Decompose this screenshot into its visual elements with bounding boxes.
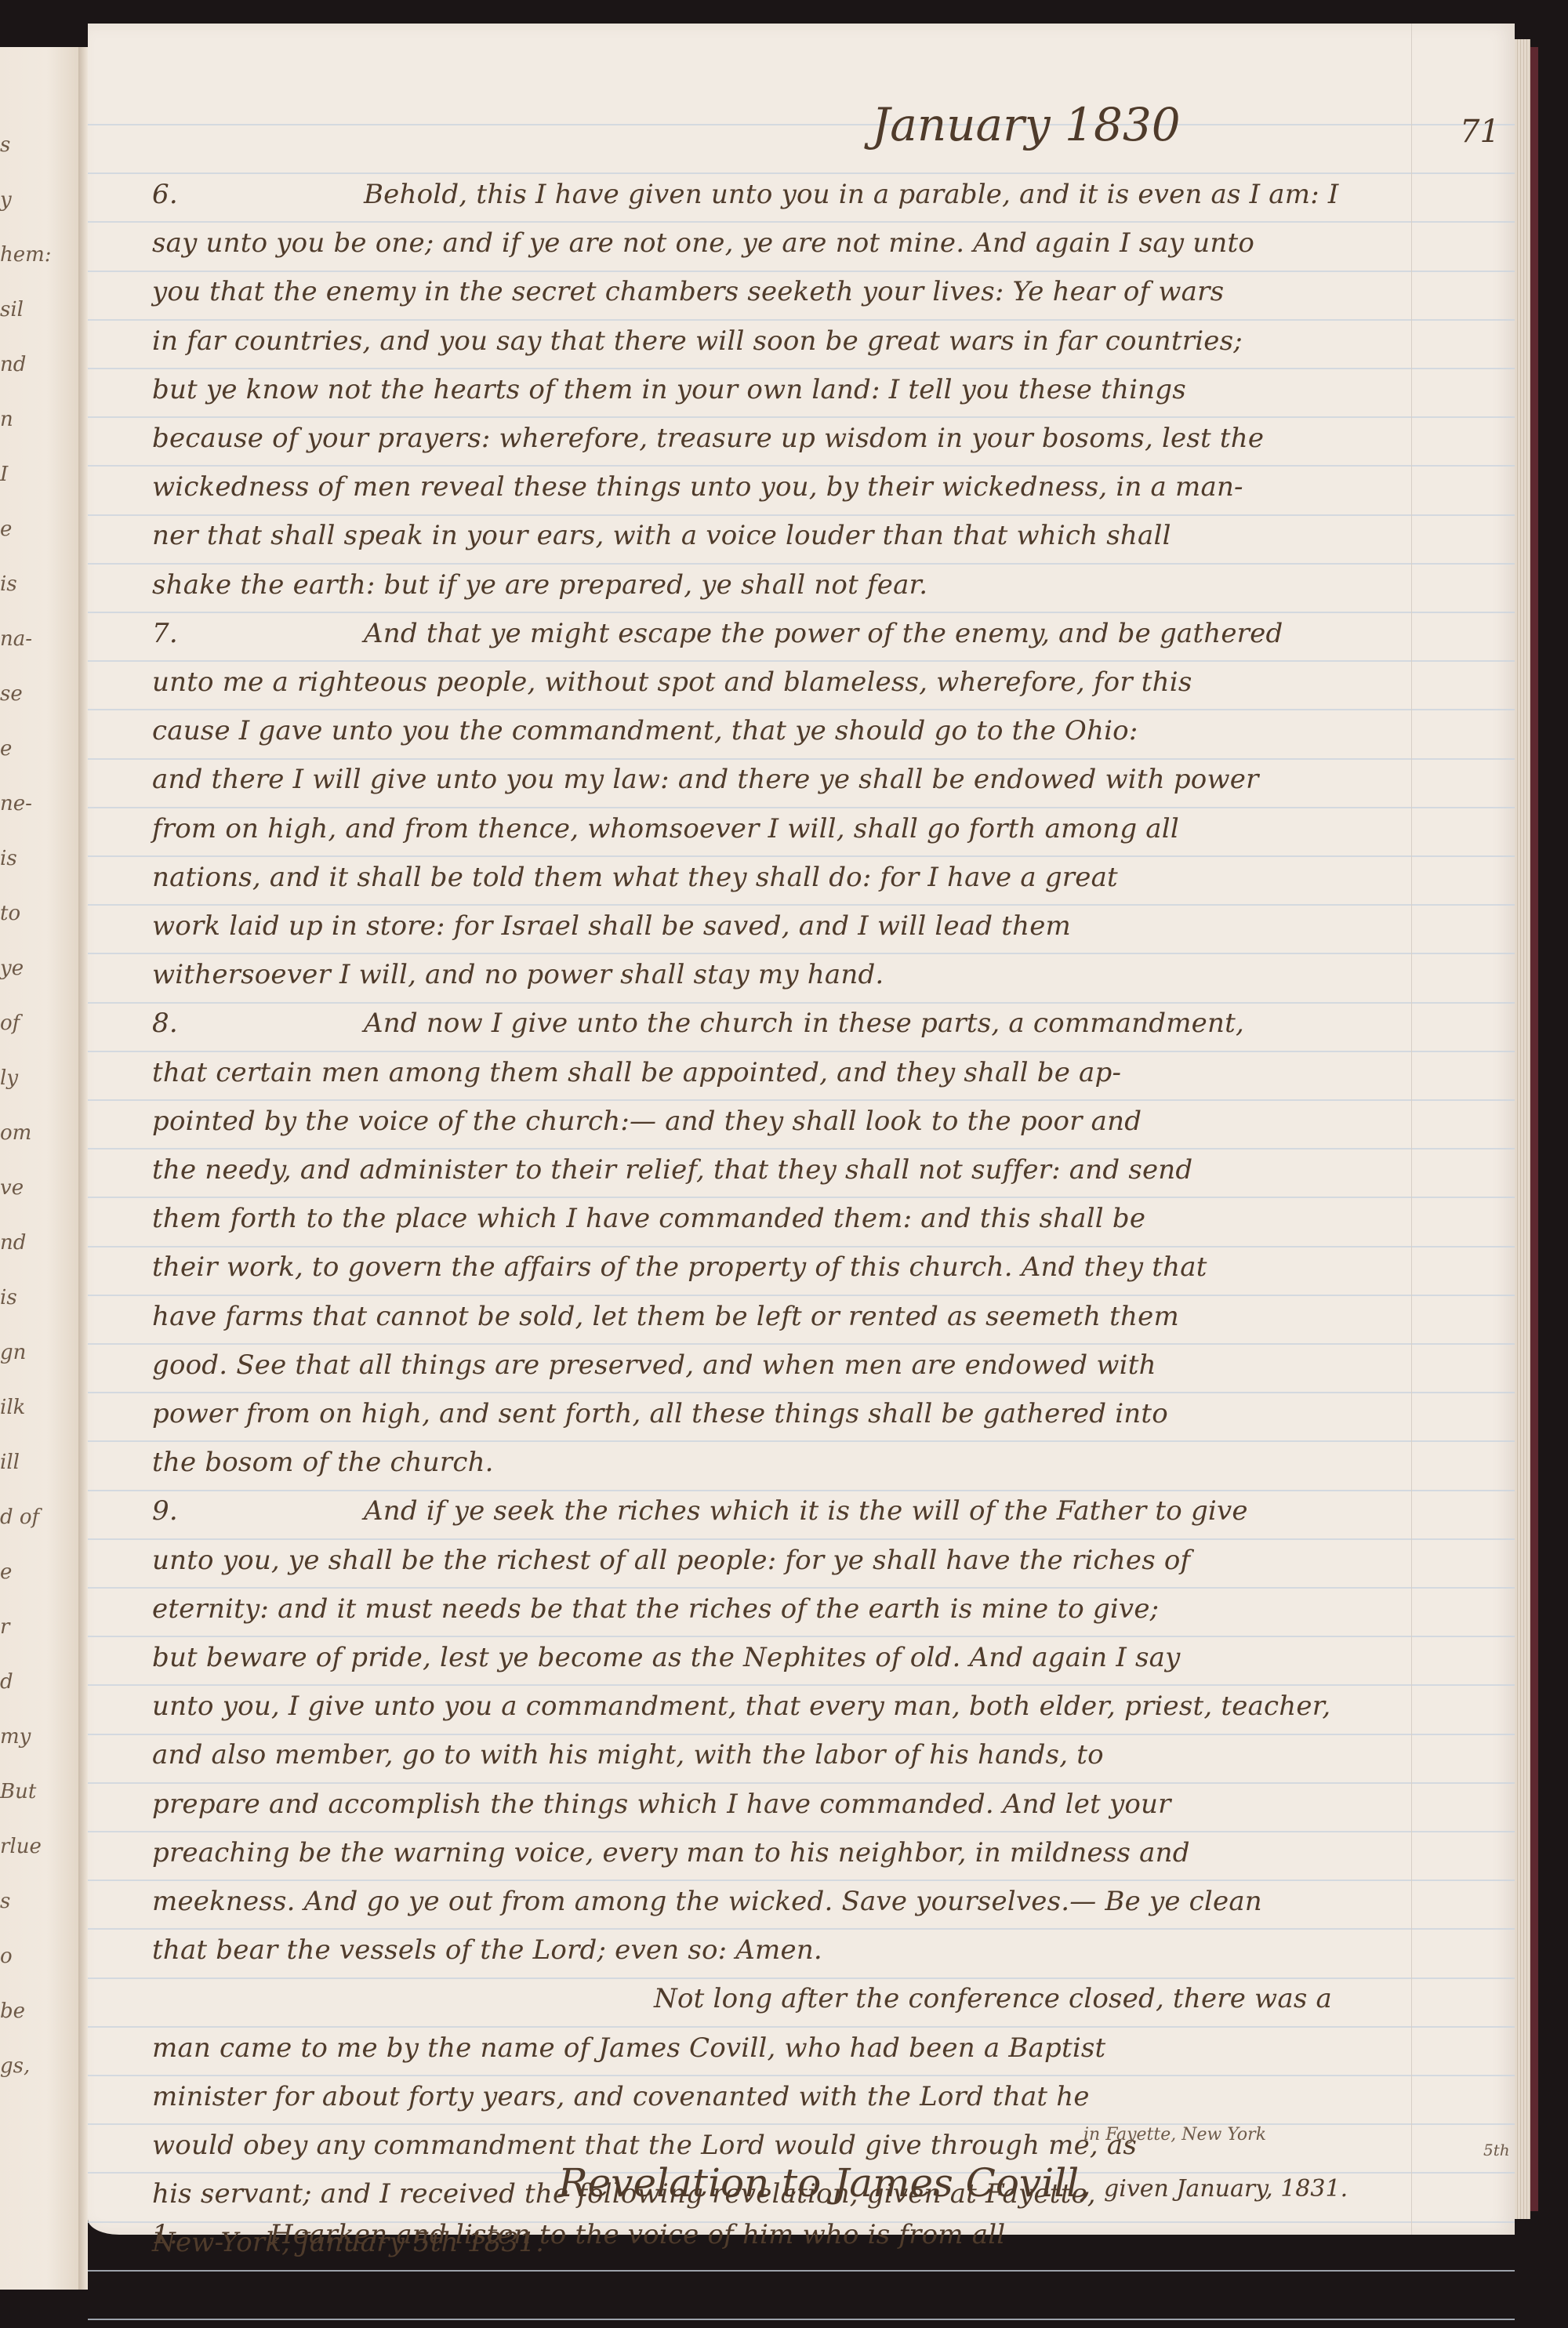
ruled-line xyxy=(88,514,1515,516)
manuscript-line: minister for about forty years, and cove… xyxy=(152,2081,1406,2112)
ruled-line xyxy=(88,1246,1515,1248)
ruled-line xyxy=(88,1392,1515,1393)
ruled-line xyxy=(88,855,1515,857)
manuscript-line: from on high, and from thence, whomsoeve… xyxy=(152,813,1406,844)
line-text: preaching be the warning voice, every ma… xyxy=(152,1837,1190,1869)
manuscript-line: 7.And that ye might escape the power of … xyxy=(152,618,1406,649)
manuscript-line: nations, and it shall be told them what … xyxy=(152,862,1406,893)
facing-page-fragment: I xyxy=(0,463,8,486)
line-text: wickedness of men reveal these things un… xyxy=(152,471,1243,503)
ruled-line xyxy=(88,953,1515,954)
manuscript-line: eternity: and it must needs be that the … xyxy=(152,1593,1406,1625)
facing-page-fragment: be xyxy=(0,1999,25,2023)
line-text: pointed by the voice of the church:— and… xyxy=(152,1106,1142,1137)
manuscript-scan: syhem:silndnIeisna-seene-istoyeoflyomven… xyxy=(0,0,1568,2328)
facing-page-fragment: e xyxy=(0,737,12,761)
ruled-line xyxy=(88,1343,1515,1345)
manuscript-line: man came to me by the name of James Covi… xyxy=(152,2032,1406,2064)
line-text: would obey any commandment that the Lord… xyxy=(152,2130,1137,2161)
facing-page-fragment: of xyxy=(0,1011,20,1035)
manuscript-line: have farms that cannot be sold, let them… xyxy=(152,1301,1406,1332)
verse-number: 8. xyxy=(152,1008,270,1039)
manuscript-line: their work, to govern the affairs of the… xyxy=(152,1251,1406,1283)
ruled-line xyxy=(88,709,1515,710)
line-text: that bear the vessels of the Lord; even … xyxy=(152,1934,822,1966)
ruled-line xyxy=(88,271,1515,272)
manuscript-line: them forth to the place which I have com… xyxy=(152,1203,1406,1234)
facing-page-fragment: is xyxy=(0,847,17,870)
ruled-line xyxy=(88,904,1515,906)
manuscript-line: and also member, go to with his might, w… xyxy=(152,1739,1406,1771)
manuscript-line: the bosom of the church. xyxy=(152,1447,1406,1478)
facing-page-fragment: sil xyxy=(0,298,24,321)
ruled-line xyxy=(88,1440,1515,1442)
facing-page-fragment: e xyxy=(0,518,12,541)
line-text: you that the enemy in the secret chamber… xyxy=(152,276,1224,307)
line-text: And now I give unto the church in these … xyxy=(364,1008,1244,1039)
line-text: And if ye seek the riches which it is th… xyxy=(364,1495,1248,1527)
facing-page-fragment: r xyxy=(0,1615,9,1639)
facing-page-fragment: d xyxy=(0,1670,13,1694)
facing-page-fragment: hem: xyxy=(0,243,52,267)
ruled-line xyxy=(88,1831,1515,1832)
line-text: and also member, go to with his might, w… xyxy=(152,1739,1104,1771)
ruled-line xyxy=(88,1734,1515,1735)
manuscript-line: unto you, ye shall be the richest of all… xyxy=(152,1545,1406,1576)
ruled-line xyxy=(88,2026,1515,2028)
line-text: that certain men among them shall be app… xyxy=(152,1057,1121,1088)
line-text: from on high, and from thence, whomsoeve… xyxy=(152,813,1179,844)
facing-page-fragment: ly xyxy=(0,1066,18,1090)
manuscript-line: cause I gave unto you the commandment, t… xyxy=(152,715,1406,746)
facing-page-fragment: But xyxy=(0,1780,36,1803)
manuscript-line: in far countries, and you say that there… xyxy=(152,325,1406,357)
ruled-line xyxy=(88,1928,1515,1930)
facing-page-fragment: d of xyxy=(0,1505,39,1529)
ruled-line xyxy=(88,2123,1515,2125)
facing-page-fragment: ne- xyxy=(0,792,32,815)
manuscript-line: wickedness of men reveal these things un… xyxy=(152,471,1406,503)
manuscript-line: prepare and accomplish the things which … xyxy=(152,1789,1406,1820)
facing-page-fragment: ye xyxy=(0,957,24,980)
line-text: withersoever I will, and no power shall … xyxy=(152,959,884,990)
line-text: say unto you be one; and if ye are not o… xyxy=(152,227,1254,259)
facing-page-fragment: nd xyxy=(0,1231,26,1255)
ruled-line xyxy=(88,807,1515,808)
ruled-line xyxy=(88,1295,1515,1296)
line-text: their work, to govern the affairs of the… xyxy=(152,1251,1207,1283)
ruled-line xyxy=(88,1197,1515,1198)
ruled-line xyxy=(88,368,1515,369)
line-text: them forth to the place which I have com… xyxy=(152,1203,1145,1234)
facing-page-fragment: nd xyxy=(0,353,26,376)
manuscript-line: but beware of pride, lest ye become as t… xyxy=(152,1642,1406,1673)
ruled-line xyxy=(88,1636,1515,1637)
line-text: cause I gave unto you the commandment, t… xyxy=(152,715,1138,746)
line-text: unto me a righteous people, without spot… xyxy=(152,666,1192,698)
facing-page-fragment: s xyxy=(0,133,10,157)
ruled-line xyxy=(88,1879,1515,1881)
facing-page-fragment: s xyxy=(0,1890,10,1913)
line-text: Hearken and listen to the voice of him w… xyxy=(270,2219,1005,2250)
facing-page-fragment: is xyxy=(0,572,17,596)
facing-page-fragment: gs, xyxy=(0,2054,30,2078)
ruled-line xyxy=(88,319,1515,321)
line-text: shake the earth: but if ye are prepared,… xyxy=(152,569,927,601)
book-gutter xyxy=(78,47,88,2290)
line-text: work laid up in store: for Israel shall … xyxy=(152,910,1071,942)
line-text: the needy, and administer to their relie… xyxy=(152,1154,1192,1186)
facing-page-fragment: rlue xyxy=(0,1835,42,1858)
manuscript-line: and there I will give unto you my law: a… xyxy=(152,764,1406,795)
manuscript-line: shake the earth: but if ye are prepared,… xyxy=(152,569,1406,601)
ruled-line xyxy=(88,1538,1515,1540)
manuscript-page: January 1830 71 6.Behold, this I have gi… xyxy=(88,24,1515,2235)
line-text: minister for about forty years, and cove… xyxy=(152,2081,1090,2112)
verse-number: 1. xyxy=(152,2219,270,2250)
manuscript-line: Not long after the conference closed, th… xyxy=(152,1983,1406,2014)
facing-page-fragment: ill xyxy=(0,1451,20,1474)
ruled-line xyxy=(88,758,1515,760)
facing-page-fragment: se xyxy=(0,682,23,706)
page-header-date: January 1830 xyxy=(872,98,1181,151)
line-text: and there I will give unto you my law: a… xyxy=(152,764,1259,795)
ruled-line xyxy=(88,1978,1515,1979)
ruled-line xyxy=(88,1684,1515,1686)
ruled-line xyxy=(88,660,1515,662)
manuscript-line: 9.And if ye seek the riches which it is … xyxy=(152,1495,1406,1527)
interlinear-superscript: 5th xyxy=(1483,2141,1510,2159)
verse-number: 7. xyxy=(152,618,270,649)
facing-page: syhem:silndnIeisna-seene-istoyeoflyomven… xyxy=(0,47,79,2290)
manuscript-line: withersoever I will, and no power shall … xyxy=(152,959,1406,990)
ruled-line xyxy=(88,563,1515,565)
verse-number: 6. xyxy=(152,179,270,210)
ruled-line xyxy=(88,2270,1515,2272)
facing-page-fragment: my xyxy=(0,1725,31,1749)
revelation-heading: Revelation to James Covill, given Januar… xyxy=(558,2160,1348,2206)
facing-page-fragment: gn xyxy=(0,1341,26,1364)
ruled-line xyxy=(88,1099,1515,1101)
ruled-line xyxy=(88,1051,1515,1052)
ruled-line xyxy=(88,2075,1515,2076)
facing-page-fragment: to xyxy=(0,902,20,925)
revelation-heading-suffix: given January, 1831. xyxy=(1104,2175,1348,2203)
manuscript-line: ner that shall speak in your ears, with … xyxy=(152,520,1406,551)
facing-page-fragment: n xyxy=(0,408,13,431)
facing-page-fragment: ilk xyxy=(0,1396,25,1419)
line-text: unto you, ye shall be the richest of all… xyxy=(152,1545,1190,1576)
ruled-line xyxy=(88,612,1515,613)
facing-page-fragment: na- xyxy=(0,627,32,651)
line-text: but beware of pride, lest ye become as t… xyxy=(152,1642,1181,1673)
ruled-line xyxy=(88,465,1515,467)
line-text: good. See that all things are preserved,… xyxy=(152,1349,1156,1381)
line-text: because of your prayers: wherefore, trea… xyxy=(152,423,1264,454)
ruled-line xyxy=(88,1587,1515,1589)
ruled-line xyxy=(88,1002,1515,1004)
line-text: power from on high, and sent forth, all … xyxy=(152,1398,1168,1429)
margin-rule xyxy=(1411,24,1412,2235)
manuscript-line: unto you, I give unto you a commandment,… xyxy=(152,1691,1406,1722)
ruled-line xyxy=(88,124,1515,125)
line-text: Behold, this I have given unto you in a … xyxy=(364,179,1338,210)
manuscript-line: good. See that all things are preserved,… xyxy=(152,1349,1406,1381)
book-cover-edge xyxy=(1530,47,1538,2211)
manuscript-line: meekness. And go ye out from among the w… xyxy=(152,1886,1406,1917)
facing-page-fragment: y xyxy=(0,188,12,212)
revelation-heading-main: Revelation to James Covill, xyxy=(558,2160,1091,2206)
line-text: unto you, I give unto you a commandment,… xyxy=(152,1691,1330,1722)
ruled-line xyxy=(88,1490,1515,1491)
line-text: man came to me by the name of James Covi… xyxy=(152,2032,1105,2064)
ruled-line xyxy=(88,1148,1515,1149)
line-text: ner that shall speak in your ears, with … xyxy=(152,520,1171,551)
page-edges xyxy=(1515,39,1530,2219)
facing-page-fragment: e xyxy=(0,1560,12,1584)
manuscript-line: unto me a righteous people, without spot… xyxy=(152,666,1406,698)
manuscript-line: you that the enemy in the secret chamber… xyxy=(152,276,1406,307)
line-text: but ye know not the hearts of them in yo… xyxy=(152,374,1186,405)
manuscript-line: pointed by the voice of the church:— and… xyxy=(152,1106,1406,1137)
ruled-line xyxy=(88,173,1515,174)
line-text: nations, and it shall be told them what … xyxy=(152,862,1118,893)
manuscript-line: 6.Behold, this I have given unto you in … xyxy=(152,179,1406,210)
facing-page-fragment: o xyxy=(0,1945,13,1968)
line-text: meekness. And go ye out from among the w… xyxy=(152,1886,1262,1917)
verse-number: 9. xyxy=(152,1495,270,1527)
interlinear-insertion: in Fayette, New York xyxy=(1083,2125,1266,2145)
page-number: 71 xyxy=(1460,114,1500,150)
line-text: eternity: and it must needs be that the … xyxy=(152,1593,1159,1625)
manuscript-line: because of your prayers: wherefore, trea… xyxy=(152,423,1406,454)
manuscript-line: preaching be the warning voice, every ma… xyxy=(152,1837,1406,1869)
manuscript-line: say unto you be one; and if ye are not o… xyxy=(152,227,1406,259)
facing-page-fragment: om xyxy=(0,1121,31,1145)
ruled-line xyxy=(88,416,1515,418)
ruled-line xyxy=(88,221,1515,223)
manuscript-line: but ye know not the hearts of them in yo… xyxy=(152,374,1406,405)
line-text: have farms that cannot be sold, let them… xyxy=(152,1301,1179,1332)
manuscript-line: that certain men among them shall be app… xyxy=(152,1057,1406,1088)
line-text: And that ye might escape the power of th… xyxy=(364,618,1283,649)
facing-page-fragment: is xyxy=(0,1286,17,1309)
manuscript-line: work laid up in store: for Israel shall … xyxy=(152,910,1406,942)
manuscript-line: power from on high, and sent forth, all … xyxy=(152,1398,1406,1429)
manuscript-line: 8.And now I give unto the church in thes… xyxy=(152,1008,1406,1039)
line-text: the bosom of the church. xyxy=(152,1447,494,1478)
line-text: in far countries, and you say that there… xyxy=(152,325,1243,357)
line-text: Not long after the conference closed, th… xyxy=(654,1983,1332,2014)
manuscript-line-last: 1.Hearken and listen to the voice of him… xyxy=(152,2219,1406,2250)
ruled-line xyxy=(88,1782,1515,1784)
manuscript-line: that bear the vessels of the Lord; even … xyxy=(152,1934,1406,1966)
line-text: prepare and accomplish the things which … xyxy=(152,1789,1171,1820)
facing-page-fragment: ve xyxy=(0,1176,24,1200)
ruled-line xyxy=(88,2319,1515,2320)
manuscript-line: the needy, and administer to their relie… xyxy=(152,1154,1406,1186)
